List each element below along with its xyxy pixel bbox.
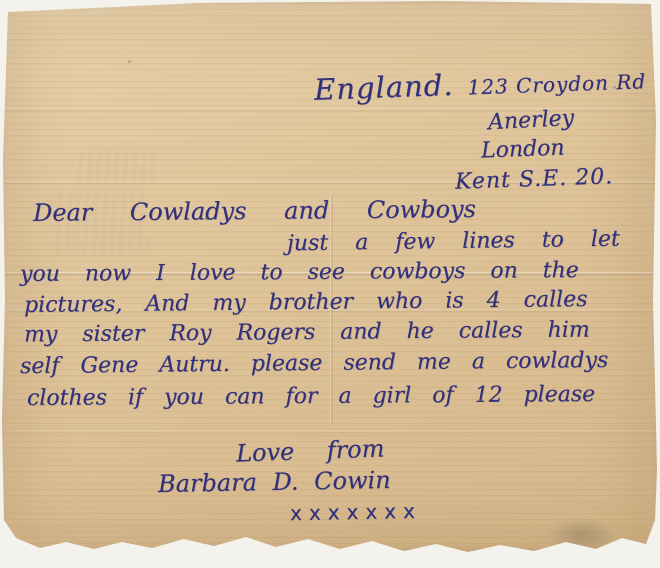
salutation-line: Dear Cowladys and Cowboys xyxy=(33,197,476,225)
address-line-country: England.123 Croydon Rd xyxy=(314,64,647,105)
closing-line: Love from xyxy=(236,436,385,465)
address-line-city: London xyxy=(481,138,565,163)
signature-line: Barbara D. Cowin xyxy=(158,468,391,496)
address-line-town: Anerley xyxy=(487,108,574,134)
body-line: you now I love to see cowboys on the xyxy=(20,260,579,286)
address-street: 123 Croydon Rd xyxy=(467,69,646,99)
paper-sheet: England.123 Croydon Rd Anerley London Ke… xyxy=(0,0,660,568)
body-line: pictures, And my brother who is 4 calles xyxy=(24,289,588,317)
body-line: just a few lines to let xyxy=(287,229,620,256)
ghost-writing xyxy=(71,146,160,187)
address-country: England. xyxy=(313,68,454,107)
crease-line xyxy=(0,430,660,434)
letter-photo: England.123 Croydon Rd Anerley London Ke… xyxy=(0,0,660,568)
kisses-line: xxxxxxx xyxy=(290,501,422,523)
paper-speck xyxy=(128,60,131,63)
address-line-postcode: Kent S.E. 20. xyxy=(455,166,614,194)
body-line: my sister Roy Rogers and he calles him xyxy=(24,320,590,347)
ink-smudge xyxy=(548,518,616,552)
body-line: clothes if you can for a girl of 12 plea… xyxy=(27,384,595,410)
body-line: self Gene Autru. please send me a cowlad… xyxy=(20,350,608,378)
